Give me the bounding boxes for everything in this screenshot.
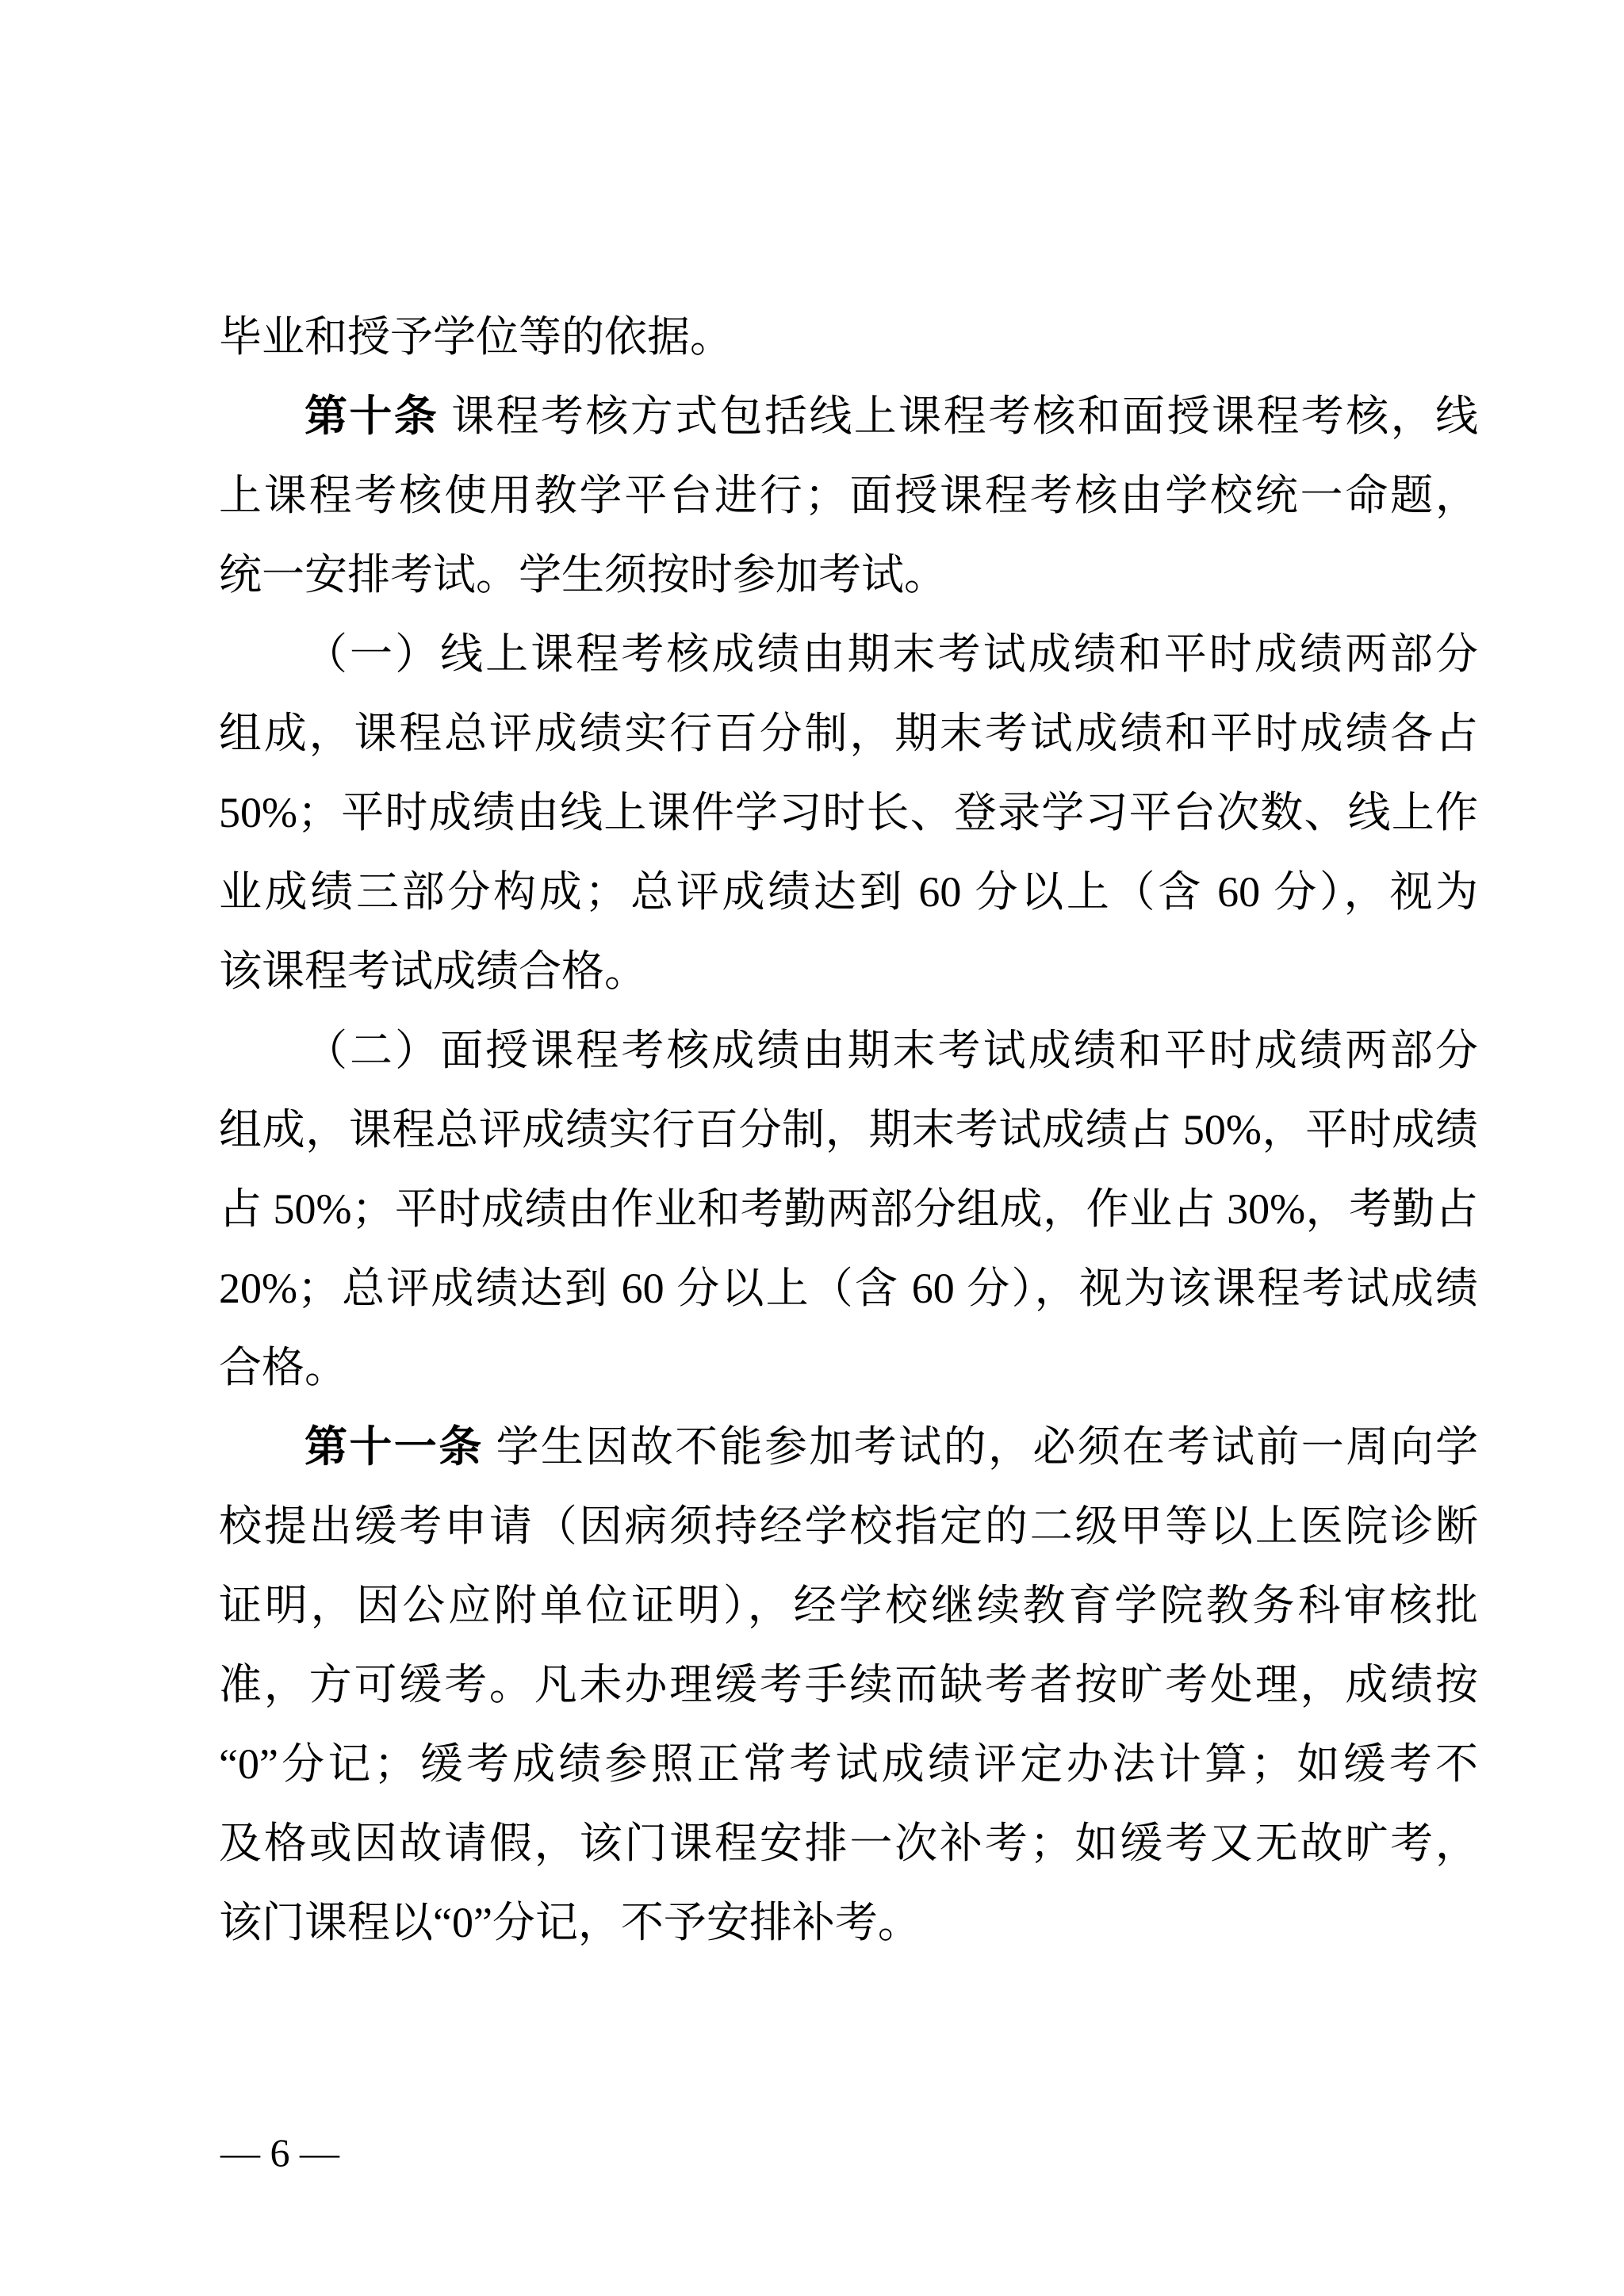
article-number: 第十一条 — [304, 1423, 484, 1471]
text-line: 组成，课程总评成绩实行百分制，期末考试成绩占 50%，平时成绩 — [219, 1090, 1478, 1169]
line-text: 上课程考核使用教学平台进行；面授课程考核由学校统一命题， — [219, 472, 1478, 519]
text-line: 20%；总评成绩达到 60 分以上（含 60 分），视为该课程考试成绩 — [219, 1249, 1478, 1328]
line-text: 20%；总评成绩达到 60 分以上（含 60 分），视为该课程考试成绩 — [219, 1265, 1478, 1312]
text-line: （二）面授课程考核成绩由期末考试成绩和平时成绩两部分 — [219, 1011, 1478, 1090]
line-text: 统一安排考试。学生须按时参加考试。 — [219, 551, 947, 599]
text-line: 业成绩三部分构成；总评成绩达到 60 分以上（含 60 分），视为 — [219, 852, 1478, 932]
line-text: 证明，因公应附单位证明），经学校继续教育学院教务科审核批 — [219, 1582, 1478, 1629]
line-text: （二）面授课程考核成绩由期末考试成绩和平时成绩两部分 — [304, 1027, 1478, 1074]
text-line: 统一安排考试。学生须按时参加考试。 — [219, 535, 1478, 614]
line-text: 组成，课程总评成绩实行百分制，期末考试成绩和平时成绩各占 — [219, 710, 1478, 757]
text-line: 合格。 — [219, 1328, 1478, 1407]
text-line: 占 50%；平时成绩由作业和考勤两部分组成，作业占 30%，考勤占 — [219, 1169, 1478, 1249]
article-number: 第十条 — [304, 392, 439, 440]
text-line: 第十条 课程考核方式包括线上课程考核和面授课程考核，线 — [219, 377, 1478, 456]
text-line: 毕业和授予学位等的依据。 — [219, 297, 1478, 377]
line-text: 学生因故不能参加考试的，必须在考试前一周向学 — [484, 1423, 1478, 1471]
line-text: 校提出缓考申请（因病须持经学校指定的二级甲等以上医院诊断 — [219, 1502, 1478, 1550]
line-text: 该课程考试成绩合格。 — [219, 947, 647, 995]
text-line: 上课程考核使用教学平台进行；面授课程考核由学校统一命题， — [219, 456, 1478, 535]
line-text: 及格或因故请假，该门课程安排一次补考；如缓考又无故旷考， — [219, 1820, 1478, 1867]
text-line: 该门课程以“0”分记，不予安排补考。 — [219, 1883, 1478, 1962]
text-line: “0”分记；缓考成绩参照正常考试成绩评定办法计算；如缓考不 — [219, 1724, 1478, 1804]
line-text: 50%；平时成绩由线上课件学习时长、登录学习平台次数、线上作 — [219, 789, 1478, 836]
text-line: 50%；平时成绩由线上课件学习时长、登录学习平台次数、线上作 — [219, 773, 1478, 852]
line-text: 组成，课程总评成绩实行百分制，期末考试成绩占 50%，平时成绩 — [219, 1106, 1478, 1154]
text-line: 组成，课程总评成绩实行百分制，期末考试成绩和平时成绩各占 — [219, 694, 1478, 773]
line-text: “0”分记；缓考成绩参照正常考试成绩评定办法计算；如缓考不 — [219, 1740, 1478, 1788]
text-line: 校提出缓考申请（因病须持经学校指定的二级甲等以上医院诊断 — [219, 1487, 1478, 1566]
line-text: （一）线上课程考核成绩由期末考试成绩和平时成绩两部分 — [304, 630, 1478, 678]
line-text: 课程考核方式包括线上课程考核和面授课程考核，线 — [439, 392, 1478, 440]
text-line: 及格或因故请假，该门课程安排一次补考；如缓考又无故旷考， — [219, 1804, 1478, 1883]
text-line: 第十一条 学生因故不能参加考试的，必须在考试前一周向学 — [219, 1407, 1478, 1487]
line-text: 占 50%；平时成绩由作业和考勤两部分组成，作业占 30%，考勤占 — [219, 1185, 1478, 1233]
text-line: 该课程考试成绩合格。 — [219, 932, 1478, 1011]
line-text: 毕业和授予学位等的依据。 — [219, 313, 733, 361]
text-line: 证明，因公应附单位证明），经学校继续教育学院教务科审核批 — [219, 1566, 1478, 1645]
text-line: 准，方可缓考。凡未办理缓考手续而缺考者按旷考处理，成绩按 — [219, 1645, 1478, 1724]
line-text: 准，方可缓考。凡未办理缓考手续而缺考者按旷考处理，成绩按 — [219, 1661, 1478, 1709]
page-number: — 6 — — [220, 2125, 339, 2180]
text-line: （一）线上课程考核成绩由期末考试成绩和平时成绩两部分 — [219, 614, 1478, 694]
document-page: 毕业和授予学位等的依据。 第十条 课程考核方式包括线上课程考核和面授课程考核，线… — [0, 0, 1624, 2296]
line-text: 该门课程以“0”分记，不予安排补考。 — [219, 1899, 921, 1946]
document-body: 毕业和授予学位等的依据。 第十条 课程考核方式包括线上课程考核和面授课程考核，线… — [219, 297, 1478, 1962]
line-text: 业成绩三部分构成；总评成绩达到 60 分以上（含 60 分），视为 — [219, 868, 1478, 916]
line-text: 合格。 — [219, 1344, 347, 1391]
